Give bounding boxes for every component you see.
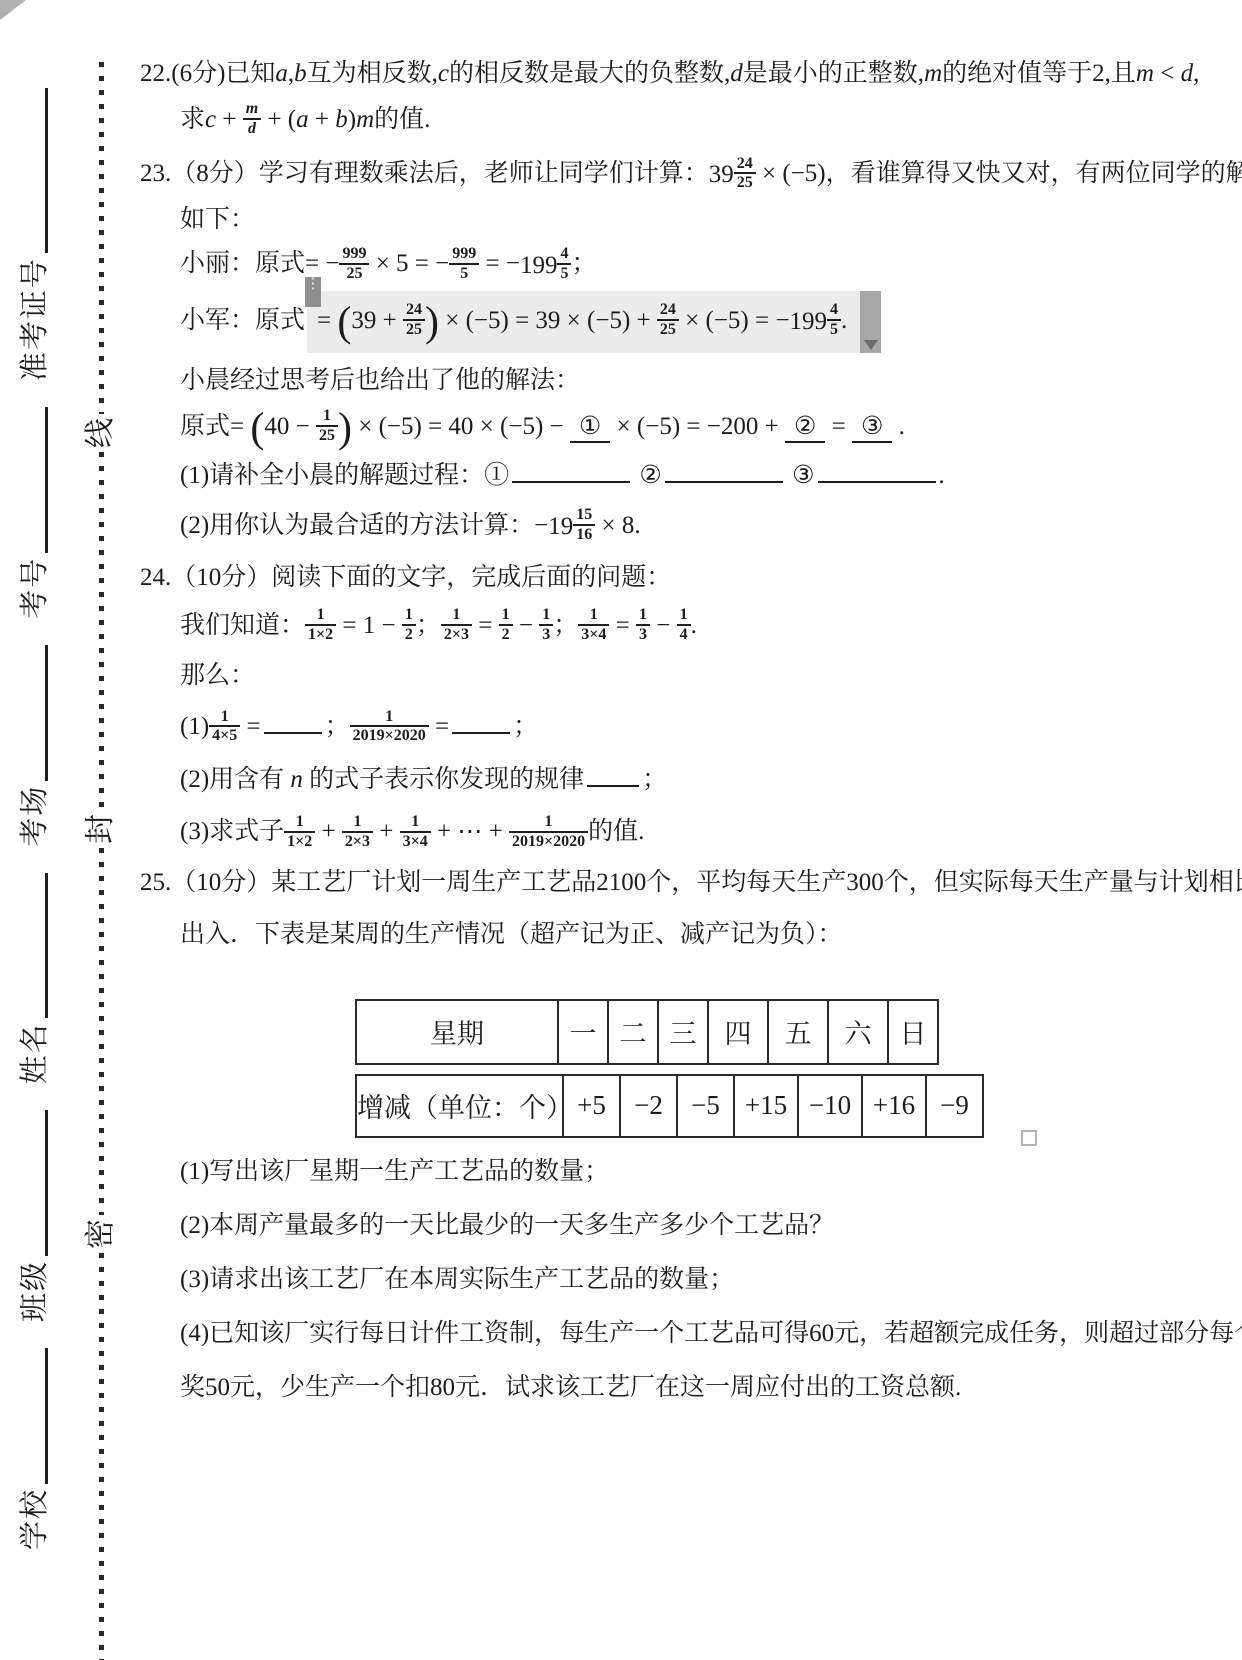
math-variable: d <box>730 60 743 87</box>
math-variable: b <box>294 60 307 87</box>
math-variable: m <box>1136 60 1154 87</box>
field-label: 班级 <box>18 1260 52 1322</box>
table-cell: −5 <box>677 1075 734 1137</box>
text-token: + ⋯ + <box>431 818 509 845</box>
text-token: (3)请求出该工艺厂在本周实际生产工艺品的数量； <box>180 1266 734 1293</box>
text-token: × (−5) = 40 × (−5) − <box>352 413 570 440</box>
q23-xiaochen-intro: 小晨经过思考后也给出了他的解法： <box>140 363 1212 399</box>
text-token: 如下： <box>180 206 255 233</box>
text-token: − <box>650 612 677 639</box>
fraction: 12×3 <box>342 813 373 851</box>
math-variable: c <box>438 60 449 87</box>
text-token: 小丽：原式= − <box>180 250 339 277</box>
q24-line1: 24.（10分）阅读下面的文字，完成后面的问题： <box>140 560 1212 596</box>
fraction: 2425 <box>403 301 425 339</box>
text-token: × (−5) = 39 × (−5) + <box>439 307 657 334</box>
field-blank-line <box>39 88 48 253</box>
field-label: 考场 <box>18 785 52 847</box>
field-label: 准考证号 <box>18 257 52 381</box>
field-blank-line <box>39 1110 48 1256</box>
fraction: md <box>243 100 261 138</box>
table-cell: −10 <box>798 1075 862 1137</box>
table-cell: −2 <box>620 1075 677 1137</box>
text-token: = <box>472 612 499 639</box>
fraction: 14×5 <box>209 708 240 746</box>
q25-sub3: (3)请求出该工艺厂在本周实际生产工艺品的数量； <box>140 1262 1212 1298</box>
q25-sub4: (4)已知该厂实行每日计件工资制，每生产一个工艺品可得60元，若超额完成任务，则… <box>140 1316 1212 1352</box>
equation-embed-box[interactable]: ⋮ = (39 + 2425) × (−5) = 39 × (−5) + 242… <box>307 291 881 353</box>
answer-blank-line <box>452 708 510 734</box>
seal-character: 密 <box>84 1219 118 1249</box>
text-token: . <box>691 612 697 639</box>
q23-xiaoli-solution: 小丽：原式= −99925 × 5 = −9995 = −19945； <box>140 246 1212 284</box>
scrollbar[interactable] <box>860 291 881 353</box>
table-cell: 三 <box>658 1000 708 1064</box>
text-token: = 1 − <box>336 612 402 639</box>
text-token: = − <box>479 250 520 277</box>
mixed-number: 19945 <box>520 247 572 285</box>
fraction: 13 <box>539 606 553 644</box>
table-cell: −9 <box>926 1075 983 1137</box>
text-token: 24.（10分）阅读下面的文字，完成后面的问题： <box>140 564 671 591</box>
fraction: 13 <box>636 606 650 644</box>
text-token: ) <box>348 106 356 133</box>
q24-then: 那么： <box>140 658 1212 694</box>
table-cell: 日 <box>888 1000 938 1064</box>
fraction: 2425 <box>657 301 679 339</box>
fraction: 9995 <box>449 245 479 283</box>
field-blank-line <box>39 873 48 1019</box>
answer-blank-line <box>264 708 322 734</box>
q23-line2: 如下： <box>140 202 1212 238</box>
table-cell: 增减（单位：个） <box>356 1075 563 1137</box>
circled-number-blank: ③ <box>852 413 892 443</box>
text-token: 25.（10分）某工艺厂计划一周生产工艺品2100个，平均每天生产300个，但实… <box>140 869 1242 896</box>
math-variable: c <box>205 106 216 133</box>
text-token: + <box>315 818 342 845</box>
exam-page: 学校班级姓名考场考号准考证号 线封密 22.(6分)已知a,b互为相反数,c的相… <box>0 0 1242 1660</box>
seal-character: 线 <box>84 418 118 448</box>
big-paren: ) <box>425 299 439 345</box>
text-token: ； <box>571 250 596 277</box>
fraction: 12019×2020 <box>350 708 429 746</box>
q24-sub1: (1)14×5 =；12019×2020 =； <box>140 708 1212 747</box>
field-label: 姓名 <box>18 1022 52 1084</box>
table-cell: 五 <box>768 1000 828 1064</box>
dotted-segment <box>99 62 104 414</box>
text-token: 求 <box>180 106 205 133</box>
answer-blank-line <box>665 457 783 483</box>
field-blank-line <box>39 407 48 553</box>
table-cell: 六 <box>828 1000 888 1064</box>
seal-character: 封 <box>84 814 118 844</box>
answer-blank-line <box>818 457 936 483</box>
text-token: 小军：原式 <box>180 306 305 333</box>
circled-number-blank: ① <box>570 413 610 443</box>
answer-blank-line <box>587 761 639 787</box>
q24-sub3: (3)求式子11×2 + 12×3 + 13×4 + ⋯ + 12019×202… <box>140 814 1212 852</box>
math-variable: a <box>296 106 309 133</box>
text-token: 的式子表示你发现的规律 <box>303 766 584 793</box>
dotted-segment <box>99 848 104 1215</box>
fraction: 99925 <box>339 245 369 283</box>
text-token: 我们知道： <box>180 612 305 639</box>
text-token: (3)求式子 <box>180 818 284 845</box>
text-token: . <box>841 307 847 334</box>
text-token: × (−5)，看谁算得又快又对，有两位同学的解法 <box>756 160 1242 187</box>
fraction: 11×2 <box>284 813 315 851</box>
big-paren: ( <box>337 299 351 345</box>
q25-sub2: (2)本周产量最多的一天比最少的一天多生产多少个工艺品？ <box>140 1208 1212 1244</box>
text-token: 的值. <box>374 106 430 133</box>
table-cell: 四 <box>708 1000 768 1064</box>
text-token: × 8. <box>595 512 640 539</box>
text-token: × (−5) = −200 + <box>610 413 785 440</box>
q25-line1: 25.（10分）某工艺厂计划一周生产工艺品2100个，平均每天生产300个，但实… <box>140 865 1212 901</box>
text-token: 互为相反数, <box>307 60 438 87</box>
q23-xiaochen-solution: 原式= (40 − 125) × (−5) = 40 × (−5) − ① × … <box>140 409 1212 447</box>
field-label: 学校 <box>18 1488 52 1550</box>
text-token: = <box>609 612 636 639</box>
mixed-number: 19945 <box>789 303 841 341</box>
q23-sub2: (2)用你认为最合适的方法计算：−191516 × 8. <box>140 508 1212 546</box>
text-token: = <box>825 413 852 440</box>
q24-sub2: (2)用含有 n 的式子表示你发现的规律； <box>140 761 1212 798</box>
answer-blank-line <box>512 457 630 483</box>
field-blank-line <box>39 1348 48 1484</box>
fraction: 12×3 <box>441 606 472 644</box>
q24-known-identities: 我们知道：11×2 = 1 − 12；12×3 = 12 − 13；13×4 =… <box>140 608 1212 646</box>
text-token: 的相反数是最大的负整数, <box>449 60 730 87</box>
text-token: < <box>1154 60 1181 87</box>
big-paren: ) <box>338 405 352 451</box>
big-paren: ( <box>250 405 264 451</box>
q25-line2: 出入．下表是某周的生产情况（超产记为正、减产记为负）： <box>140 917 1212 953</box>
q23-sub1: (1)请补全小晨的解题过程：① ② ③. <box>140 457 1212 494</box>
text-token: 奖50元，少生产一个扣80元．试求该工艺厂在这一周应付出的工资总额. <box>180 1374 961 1401</box>
q22-line1: 22.(6分)已知a,b互为相反数,c的相反数是最大的负整数,d是最小的正整数,… <box>140 56 1212 92</box>
mixed-number: 191516 <box>548 508 595 546</box>
drag-handle-icon[interactable]: ⋮ <box>305 277 321 307</box>
text-token: 那么： <box>180 662 255 689</box>
text-token: (1)写出该厂星期一生产工艺品的数量； <box>180 1158 609 1185</box>
fraction: 125 <box>316 407 338 445</box>
text-token: = <box>240 713 260 740</box>
math-variable: a <box>275 60 288 87</box>
fraction: 14 <box>677 606 691 644</box>
text-token: ③ <box>786 462 815 489</box>
fraction: 12 <box>499 606 513 644</box>
table-cell: 一 <box>558 1000 608 1064</box>
dotted-segment <box>99 452 104 810</box>
q23-xiaojun-solution: 小军：原式 ⋮ = (39 + 2425) × (−5) = 39 × (−5)… <box>140 291 1212 353</box>
text-token: + <box>373 818 400 845</box>
text-token: 是最小的正整数, <box>743 60 924 87</box>
production-table: 星期一二三四五六日 增减（单位：个）+5−2−5+15−10+16−9 <box>355 999 1015 1138</box>
q22-line2: 求c + md + (a + b)m的值. <box>140 102 1212 140</box>
table-resize-handle[interactable] <box>1021 1130 1037 1146</box>
text-token: 40 − <box>264 413 316 440</box>
text-token: (2)用含有 <box>180 766 290 793</box>
text-token: × 5 = − <box>369 250 449 277</box>
text-token: 小晨经过思考后也给出了他的解法： <box>180 367 580 394</box>
text-token: ② <box>633 462 662 489</box>
fraction: 12019×2020 <box>509 813 588 851</box>
dotted-segment <box>99 1253 104 1660</box>
text-token: . <box>939 462 945 489</box>
text-token: + ( <box>261 106 296 133</box>
q23-line1: 23.（8分）学习有理数乘法后，老师让同学们计算：392425 × (−5)，看… <box>140 156 1212 194</box>
text-token: 的值. <box>588 818 644 845</box>
text-token: ； <box>416 612 441 639</box>
fraction: 11×2 <box>305 606 336 644</box>
math-variable: b <box>335 106 348 133</box>
text-token: 39 + <box>351 307 403 334</box>
text-token: ； <box>553 612 578 639</box>
student-info-margin: 学校班级姓名考场考号准考证号 <box>12 62 52 1658</box>
table-cell: +16 <box>862 1075 926 1137</box>
page-curl-artifact <box>0 0 26 20</box>
field-blank-line <box>39 645 48 781</box>
mixed-number: 392425 <box>709 157 756 195</box>
text-token: + <box>309 106 336 133</box>
delta-values-table: 增减（单位：个）+5−2−5+15−10+16−9 <box>355 1074 984 1138</box>
text-token: , <box>1193 60 1199 87</box>
equation-content: = (39 + 2425) × (−5) = 39 × (−5) + 2425 … <box>317 307 847 334</box>
text-token: × (−5) = − <box>679 307 790 334</box>
math-variable: m <box>356 106 374 133</box>
text-token: . <box>892 413 905 440</box>
scroll-down-arrow-icon[interactable] <box>864 340 878 350</box>
text-token: = <box>317 307 337 334</box>
table-cell: 星期 <box>356 1000 558 1064</box>
xiaojun-prefix: 小军：原式 <box>180 306 305 333</box>
math-variable: d <box>1181 60 1194 87</box>
text-token: ； <box>642 766 667 793</box>
seal-dotted-line: 线封密 <box>86 62 116 1660</box>
text-token: ； <box>325 713 350 740</box>
text-token: (1)请补全小晨的解题过程：① <box>180 462 509 489</box>
math-variable: n <box>290 766 303 793</box>
fraction: 13×4 <box>400 813 431 851</box>
text-token: + <box>216 106 243 133</box>
fraction: 13×4 <box>578 606 609 644</box>
week-header-table: 星期一二三四五六日 <box>355 999 939 1065</box>
text-token: (2)用你认为最合适的方法计算：− <box>180 512 548 539</box>
table-row: 增减（单位：个）+5−2−5+15−10+16−9 <box>356 1075 983 1137</box>
text-token: 23.（8分）学习有理数乘法后，老师让同学们计算： <box>140 160 709 187</box>
text-token: (1) <box>180 713 209 740</box>
text-token: 22.(6分)已知 <box>140 60 275 87</box>
table-cell: +15 <box>734 1075 798 1137</box>
table-row: 星期一二三四五六日 <box>356 1000 938 1064</box>
circled-number-blank: ② <box>785 413 825 443</box>
text-token: − <box>513 612 540 639</box>
text-token: = <box>429 713 449 740</box>
fraction: 12 <box>402 606 416 644</box>
field-label: 考号 <box>18 557 52 619</box>
text-token: 出入．下表是某周的生产情况（超产记为正、减产记为负）： <box>180 921 843 948</box>
text-token: ； <box>513 713 538 740</box>
table-cell: 二 <box>608 1000 658 1064</box>
math-variable: m <box>924 60 942 87</box>
text-token: 的绝对值等于2,且 <box>942 60 1136 87</box>
text-token: 原式= <box>180 413 250 440</box>
q25-sub1: (1)写出该厂星期一生产工艺品的数量； <box>140 1154 1212 1190</box>
text-token: (4)已知该厂实行每日计件工资制，每生产一个工艺品可得60元，若超额完成任务，则… <box>180 1320 1242 1347</box>
text-token: (2)本周产量最多的一天比最少的一天多生产多少个工艺品？ <box>180 1212 834 1239</box>
q25-sub4-cont: 奖50元，少生产一个扣80元．试求该工艺厂在这一周应付出的工资总额. <box>140 1370 1212 1406</box>
questions-area: 22.(6分)已知a,b互为相反数,c的相反数是最大的负整数,d是最小的正整数,… <box>140 56 1212 1406</box>
